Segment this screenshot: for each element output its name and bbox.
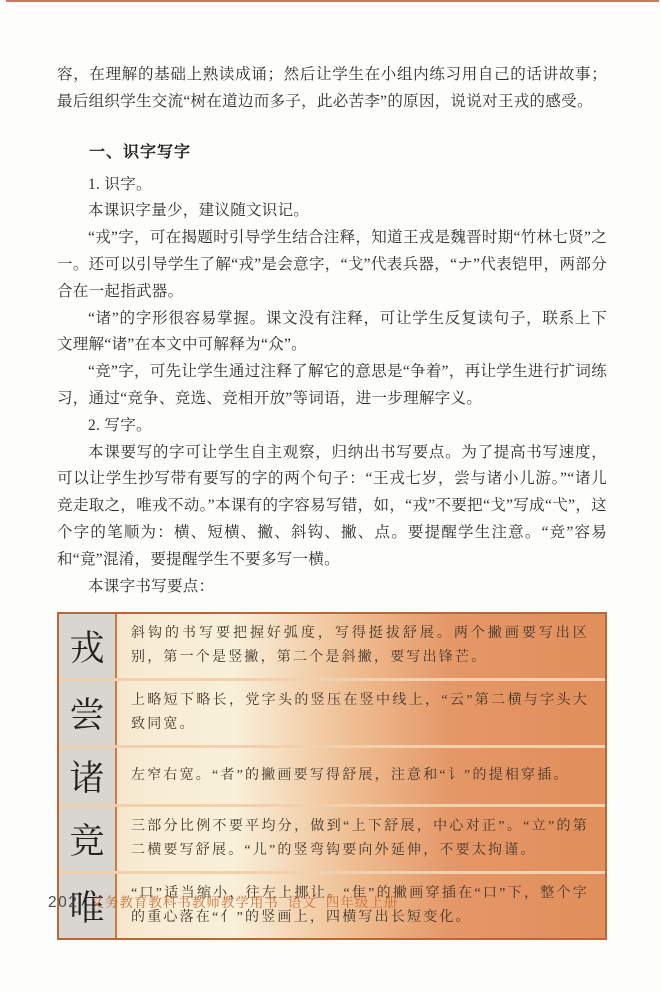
note-cell: 三部分比例不要平均分，做到“上下舒展，中心对正”。“立”的第二横要写舒展。“儿”… <box>117 807 605 871</box>
character-cell: 竞 <box>59 807 117 871</box>
table-row: 诸 左窄右宽。“者”的撇画要写得舒展，注意和“讠”的提相穿插。 <box>59 745 605 804</box>
page-number: 202 <box>48 894 78 912</box>
table-row: 竞 三部分比例不要平均分，做到“上下舒展，中心对正”。“立”的第二横要写舒展。“… <box>59 804 605 871</box>
note-cell: 上略短下略长，党字头的竖压在竖中线上，“云”第二横与字头大致同宽。 <box>117 681 605 745</box>
item1-label: 1. 识字。 <box>57 172 607 199</box>
section-heading: 一、识字写字 <box>57 141 607 165</box>
table-row: 尝 上略短下略长，党字头的竖压在竖中线上，“云”第二横与字头大致同宽。 <box>59 678 605 745</box>
page-top-rule <box>6 0 659 2</box>
paragraph-shizi-intro: 本课识字量少，建议随文识记。 <box>57 198 607 225</box>
paragraph-zhu: “诸”的字形很容易掌握。课文没有注释，可让学生反复读句子，联系上下文理解“诸”在… <box>57 306 607 360</box>
footer-subject: 语文 <box>288 891 317 911</box>
intro-paragraph: 容，在理解的基础上熟读成诵；然后让学生在小组内练习用自己的话讲故事；最后组织学生… <box>57 62 607 116</box>
character-cell: 戎 <box>59 614 117 678</box>
page-content: 容，在理解的基础上熟读成诵；然后让学生在小组内练习用自己的话讲故事；最后组织学生… <box>57 62 607 940</box>
footer-series-title: 义务教育教科书教师教学用书 <box>90 891 279 911</box>
footer-grade: 四年级上册 <box>326 891 399 911</box>
note-cell: 左窄右宽。“者”的撇画要写得舒展，注意和“讠”的提相穿插。 <box>117 748 605 804</box>
character-cell: 尝 <box>59 681 117 745</box>
paragraph-rong: “戎”字，可在揭题时引导学生结合注释，知道王戎是魏晋时期“竹林七贤”之一。还可以… <box>57 225 607 305</box>
paragraph-xiezi: 本课要写的字可让学生自主观察，归纳出书写要点。为了提高书写速度，可以让学生抄写带… <box>57 440 607 574</box>
note-cell: 斜钩的书写要把握好弧度，写得挺拔舒展。两个撇画要写出区别，第一个是竖撇，第二个是… <box>117 614 605 678</box>
character-cell: 诸 <box>59 748 117 804</box>
paragraph-jing: “竞”字，可先让学生通过注释了解它的意思是“争着”，再让学生进行扩词练习，通过“… <box>57 359 607 413</box>
item2-label: 2. 写字。 <box>57 413 607 440</box>
page-footer: 202 义务教育教科书教师教学用书 语文 四年级上册 <box>48 891 398 912</box>
table-row: 戎 斜钩的书写要把握好弧度，写得挺拔舒展。两个撇画要写出区别，第一个是竖撇，第二… <box>59 614 605 678</box>
book-page: 容，在理解的基础上熟读成诵；然后让学生在小组内练习用自己的话讲故事；最后组织学生… <box>0 0 661 992</box>
table-lead-paragraph: 本课字书写要点： <box>57 574 607 601</box>
